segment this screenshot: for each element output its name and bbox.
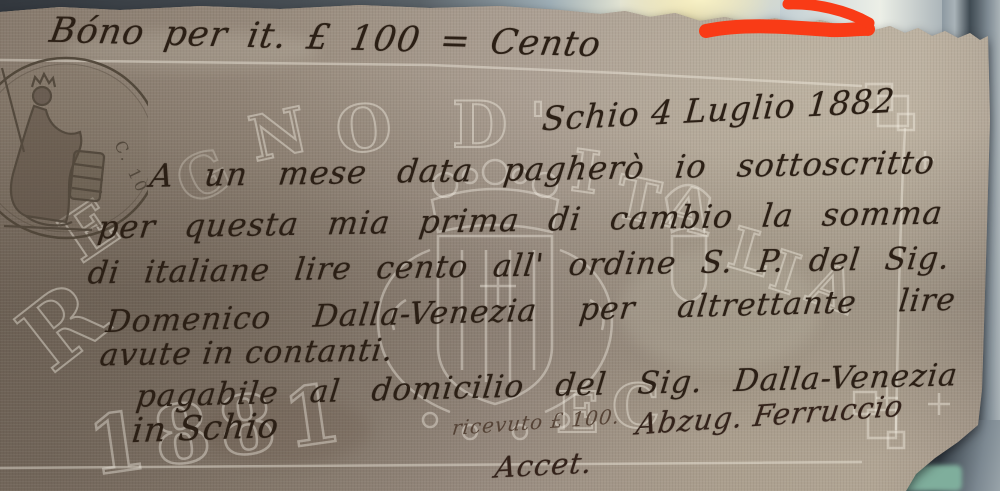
marker-curve-stroke <box>788 4 869 23</box>
marker-underline-stroke <box>706 26 868 31</box>
photo-of-promissory-note: { "colors": { "paper": "#a3968a", "ink":… <box>0 0 1000 491</box>
red-marker-annotation <box>0 0 1000 491</box>
